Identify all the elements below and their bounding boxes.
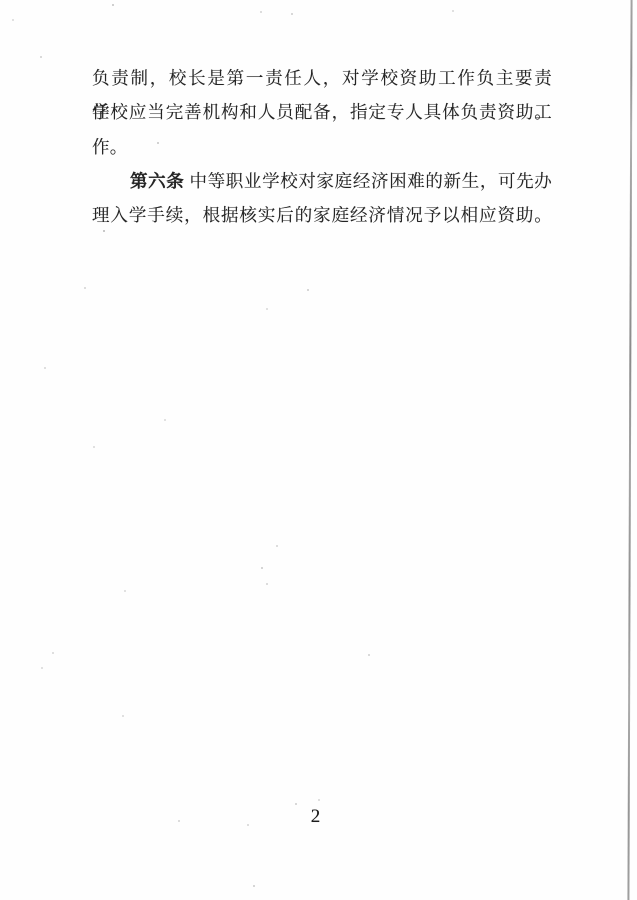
scanned-document-page: 负责制，校长是第一责任人，对学校资助工作负主要责任。 学校应当完善机构和人员配备…	[0, 0, 637, 900]
page-number: 2	[311, 806, 321, 827]
paragraph-line: 理入学手续，根据核实后的家庭经济情况予以相应资助。	[92, 198, 552, 232]
scan-artifact-edge-line	[627, 0, 632, 900]
article-text: 中等职业学校对家庭经济困难的新生，可先办	[189, 171, 552, 191]
article-number-label: 第六条	[130, 171, 184, 191]
document-body: 负责制，校长是第一责任人，对学校资助工作负主要责任。 学校应当完善机构和人员配备…	[92, 61, 552, 232]
paragraph-line: 学校应当完善机构和人员配备，指定专人具体负责资助工	[92, 95, 552, 129]
paragraph-line: 作。	[92, 130, 552, 164]
paragraph-line: 负责制，校长是第一责任人，对学校资助工作负主要责任。	[92, 61, 552, 95]
paragraph-line-article-six: 第六条 中等职业学校对家庭经济困难的新生，可先办	[92, 164, 552, 198]
scan-noise-specks	[0, 0, 2, 2]
page-footer: 2	[0, 807, 634, 827]
